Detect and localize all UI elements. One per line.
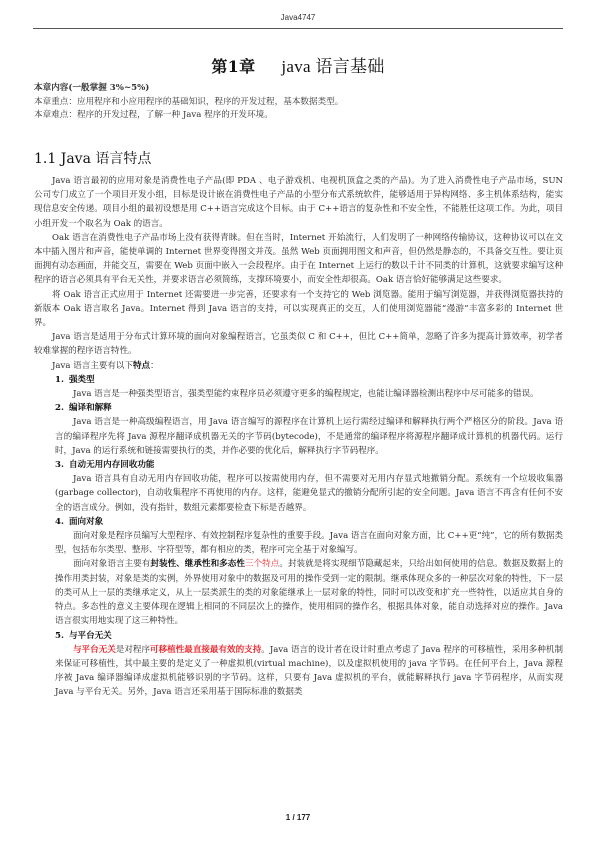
feature-body-oop-traits: 面向对象语言主要有封装性、继承性和多态性三个特点。封装就是将实现细节隐藏起来，只… [55,557,563,628]
paragraph: Java 语言是适用于分布式计算环境的面向对象编程语言，它虽类似 C 和 C++… [34,330,563,358]
chapter-number: 第1章 [211,57,255,76]
chapter-difficult-points: 本章难点：程序的开发过程，了解一种 Java 程序的开发环境。 [34,109,564,123]
chapter-key-points: 本章重点：应用程序和小应用程序的基础知识，程序的开发过程，基本数据类型。 [34,96,564,110]
feature-item-platform-independent: 5.与平台无关 与平台无关是对程序可移植性最直接最有效的支持。Java 语言的设… [34,629,563,700]
feature-item-object-oriented: 4.面向对象 面向对象是程序员编写大型程序、有效控制程序复杂性的重要手段。Jav… [34,515,563,629]
paragraph: Java 语言最初的应用对象是消费性电子产品(即 PDA 、电子游戏机、电视机顶… [34,174,563,231]
oop-traits-red: 三个特点 [245,559,279,569]
chapter-intro: 本章内容(一般掌握 3%~5%) 本章重点：应用程序和小应用程序的基础知识，程序… [34,82,564,123]
features-intro: Java 语言主要有以下特点： [34,359,563,373]
feature-body: Java 语言是一种强类型语言，强类型能约束程序员必须遵守更多的编程规定，也能让… [55,387,563,401]
feature-item-garbage-collection: 3.自动无用内存回收功能 Java 语言具有自动无用内存回收功能，程序可以按需使… [34,458,563,515]
oop-traits-bold: 封装性、继承性和多态性 [150,559,245,569]
feature-body: 与平台无关是对程序可移植性最直接最有效的支持。Java 语言的设计者在设计时重点… [55,643,563,700]
feature-item-strong-typing: 1.强类型 Java 语言是一种强类型语言，强类型能约束程序员必须遵守更多的编程… [34,373,563,401]
features-keyword: 特点 [133,361,150,371]
chapter-content-label: 本章内容(一般掌握 3%~5%) [34,82,564,96]
platform-highlight-1: 与平台无关 [73,645,116,655]
feature-body: Java 语言是一种高级编程语言，用 Java 语言编写的源程序在计算机上运行需… [55,415,563,458]
feature-title: 5.与平台无关 [55,629,563,643]
page-number: 1 / 177 [0,813,596,822]
feature-body: Java 语言具有自动无用内存回收功能，程序可以按需使用内存，但不需要对无用内存… [55,472,563,515]
section-heading: 1.1 Java 语言特点 [34,148,151,168]
feature-title: 1.强类型 [55,373,563,387]
feature-body: 面向对象是程序员编写大型程序、有效控制程序复杂性的重要手段。Java 语言在面向… [55,529,563,557]
page-header: Java4747 [33,13,563,22]
feature-title: 3.自动无用内存回收功能 [55,458,563,472]
feature-title: 2.编译和解释 [55,401,563,415]
chapter-name: java 语言基础 [281,57,384,76]
paragraph: 将 Oak 语言正式应用于 Internet 还需要进一步完善，还要求有一个支持… [34,288,563,331]
feature-item-compile-interpret: 2.编译和解释 Java 语言是一种高级编程语言，用 Java 语言编写的源程序… [34,401,563,458]
section-body: Java 语言最初的应用对象是消费性电子产品(即 PDA 、电子游戏机、电视机顶… [34,174,563,700]
platform-highlight-2: 可移植性最直接最有效的支持 [150,645,261,655]
header-divider [33,28,563,29]
chapter-title: 第1章java 语言基础 [0,52,596,77]
paragraph: Oak 语言在消费性电子产品市场上没有获得青睐。但在当时，Internet 开始… [34,231,563,288]
feature-title: 4.面向对象 [55,515,563,529]
